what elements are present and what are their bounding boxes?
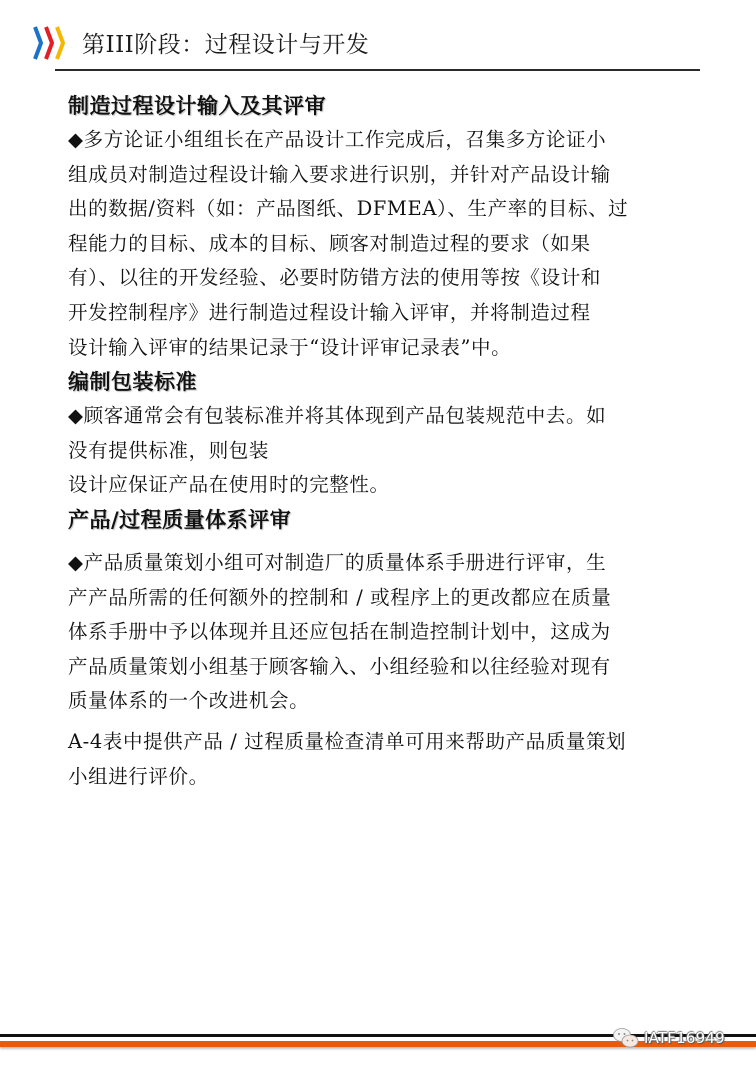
section-heading: 编制包装标准 [68,365,688,399]
text-line: 组成员对制造过程设计输入要求进行识别，并针对产品设计输 [68,158,688,193]
page-title: 第III阶段：过程设计与开发 [82,29,369,61]
section-manufacturing-input-review: 制造过程设计输入及其评审 ◆多方论证小组组长在产品设计工作完成后，召集多方论证小… [68,89,688,365]
section-quality-system-review: 产品/过程质量体系评审 ◆产品质量策划小组可对制造厂的质量体系手册进行评审，生 … [68,503,688,794]
text-line: 没有提供标准，则包装 [68,434,688,469]
text-line: 出的数据/资料（如：产品图纸、DFMEA）、生产率的目标、过 [68,192,688,227]
text-line: ◆多方论证小组组长在产品设计工作完成后，召集多方论证小 [68,123,688,158]
section-packaging-standard: 编制包装标准 ◆顾客通常会有包装标准并将其体现到产品包装规范中去。如 没有提供标… [68,365,688,503]
text-line: 开发控制程序》进行制造过程设计输入评审，并将制造过程 [68,296,688,331]
paragraph: ◆顾客通常会有包装标准并将其体现到产品包装规范中去。如 没有提供标准，则包装 设… [68,399,688,503]
wechat-icon [612,1027,640,1049]
text-line: 有）、以往的开发经验、必要时防错方法的使用等按《设计和 [68,261,688,296]
section-heading: 制造过程设计输入及其评审 [68,89,688,123]
text-line: 产品质量策划小组基于顾客输入、小组经验和以往经验对现有 [68,650,688,685]
text-line: 设计应保证产品在使用时的完整性。 [68,468,688,503]
header-divider [55,69,700,71]
text-line: ◆顾客通常会有包装标准并将其体现到产品包装规范中去。如 [68,399,688,434]
text-line: 质量体系的一个改进机会。 [68,684,688,719]
document-body: 制造过程设计输入及其评审 ◆多方论证小组组长在产品设计工作完成后，召集多方论证小… [68,89,688,794]
page-header: 第III阶段：过程设计与开发 [0,0,756,75]
text-line: 体系手册中予以体现并且还应包括在制造控制计划中，这成为 [68,615,688,650]
text-line: 小组进行评价。 [68,760,688,795]
text-line: 程能力的目标、成本的目标、顾客对制造过程的要求（如果 [68,227,688,262]
text-line: 产产品所需的任何额外的控制和 / 或程序上的更改都应在质量 [68,581,688,616]
paragraph: A-4表中提供产品 / 过程质量检查清单可用来帮助产品质量策划 小组进行评价。 [68,725,688,794]
section-heading: 产品/过程质量体系评审 [68,503,688,537]
text-line: ◆产品质量策划小组可对制造厂的质量体系手册进行评审，生 [68,546,688,581]
text-line: 设计输入评审的结果记录于“设计评审记录表”中。 [68,331,688,366]
text-line: A-4表中提供产品 / 过程质量检查清单可用来帮助产品质量策划 [68,725,688,760]
watermark-text: IATF16949 [644,1029,725,1047]
chevron-logo-icon [33,25,73,61]
paragraph: ◆产品质量策划小组可对制造厂的质量体系手册进行评审，生 产产品所需的任何额外的控… [68,546,688,719]
paragraph: ◆多方论证小组组长在产品设计工作完成后，召集多方论证小 组成员对制造过程设计输入… [68,123,688,365]
watermark: IATF16949 [612,1026,725,1050]
